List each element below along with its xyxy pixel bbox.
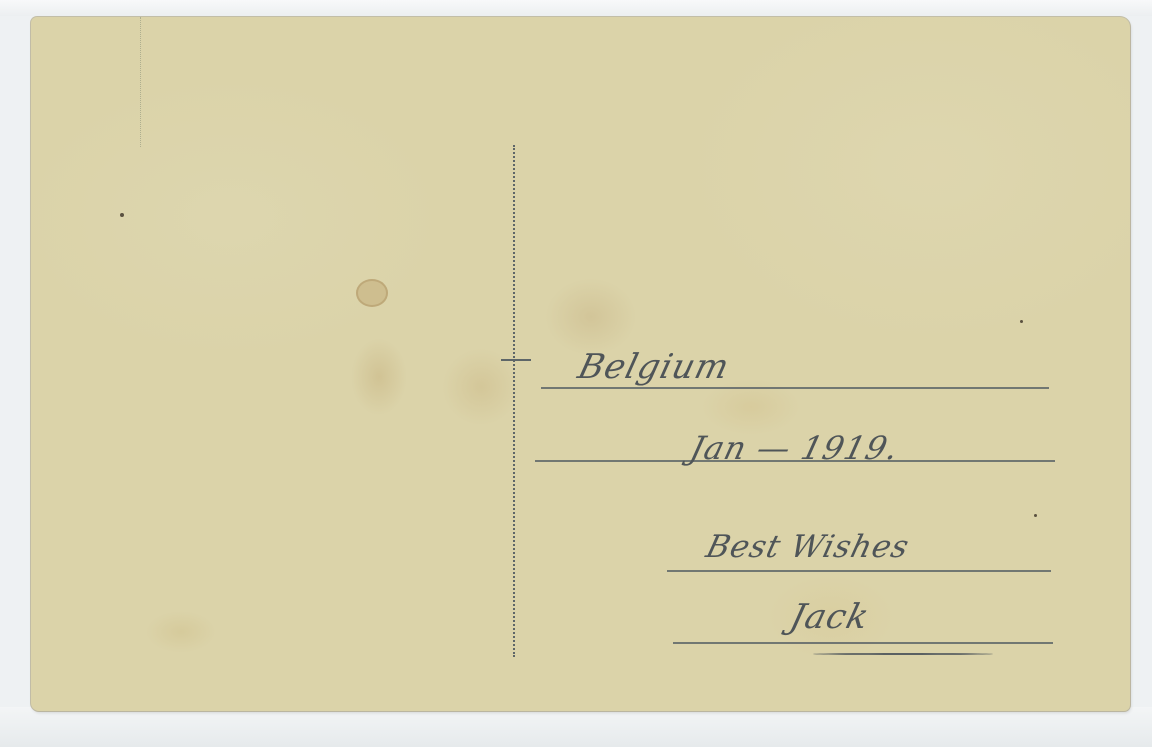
ink-fleck [120,213,124,217]
divider-tick-mark [501,359,531,361]
address-line-3 [667,570,1051,572]
center-divider-line [513,145,515,657]
ink-fleck [1034,514,1037,517]
ink-fleck [1020,320,1023,323]
faint-margin-line [140,17,142,147]
plastic-sleeve-bottom [0,707,1152,747]
plastic-sleeve-top [0,0,1152,16]
address-line-4 [673,642,1053,644]
signature-flourish [813,653,993,655]
handwritten-location: Belgium [574,347,734,387]
address-line-1 [541,387,1049,389]
handwritten-date: Jan — 1919. [686,429,903,467]
handwritten-signature: Jack [786,597,874,637]
stain-spot [356,279,388,307]
postcard: Belgium Jan — 1919. Best Wishes Jack [31,17,1130,711]
handwritten-greeting: Best Wishes [703,529,914,565]
